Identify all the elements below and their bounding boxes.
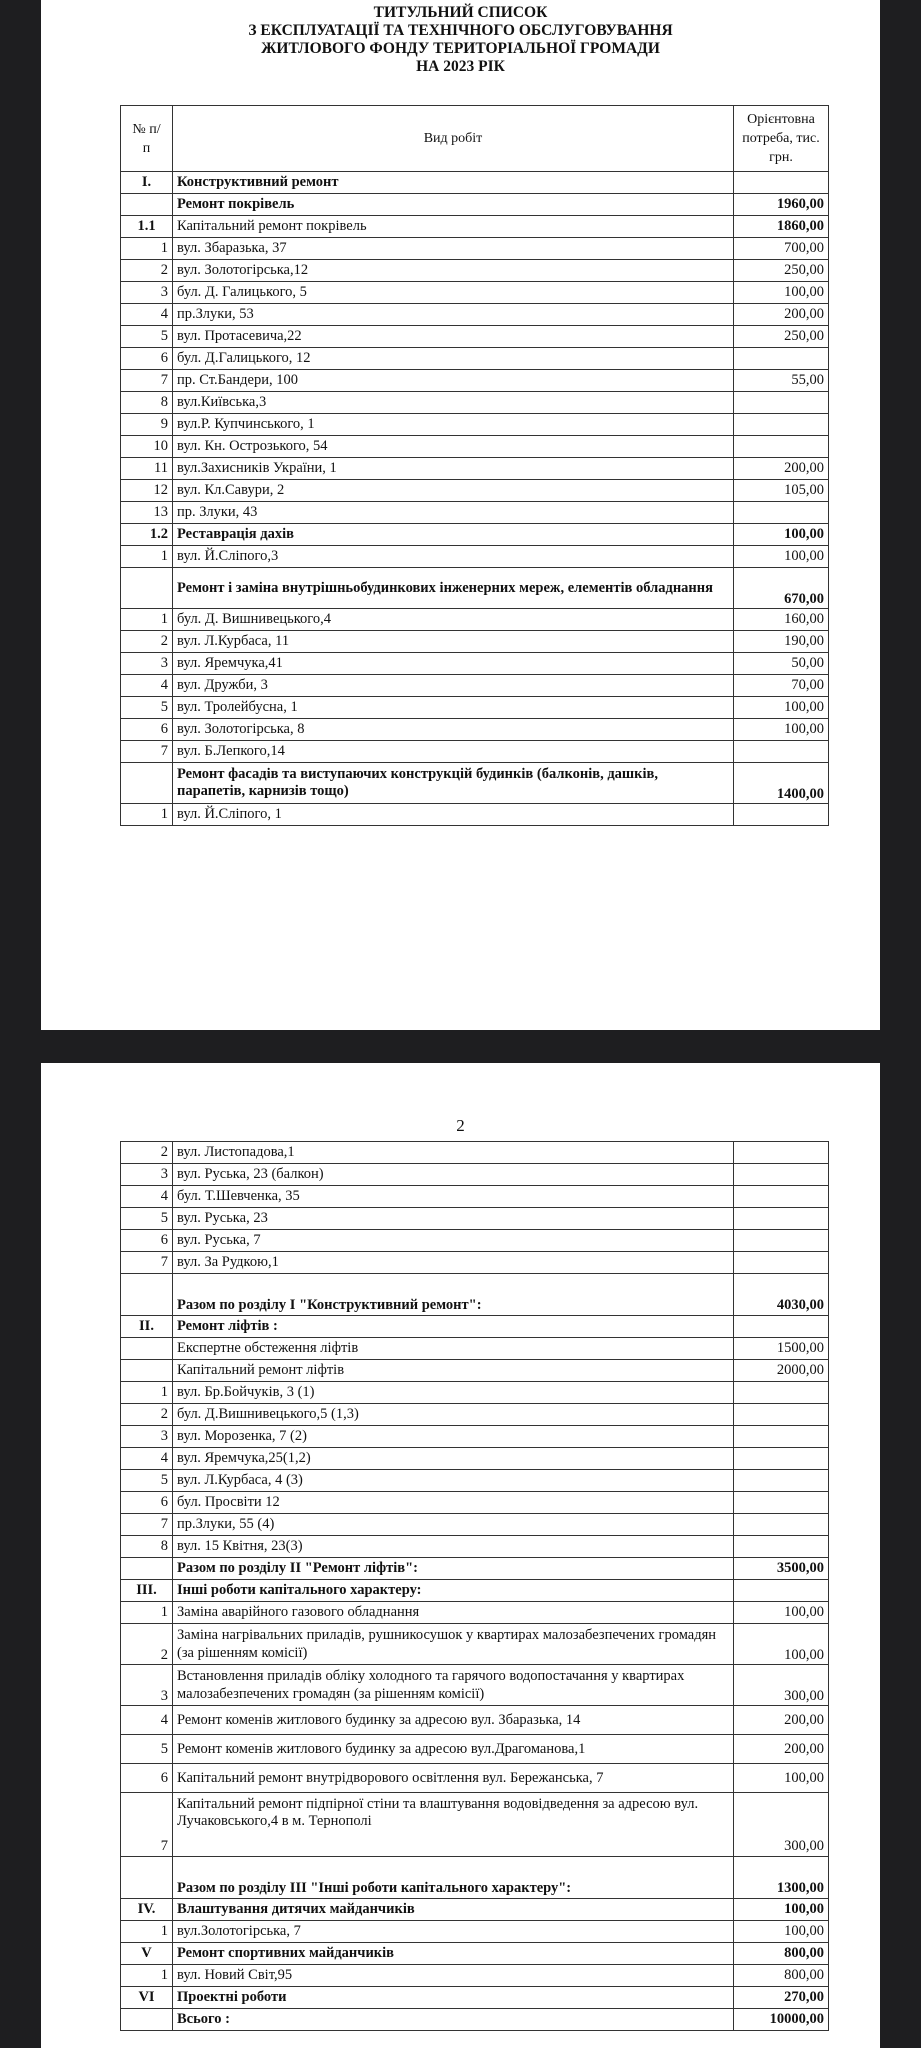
table-row: 9вул.Р. Купчинського, 1 [121, 414, 829, 436]
estimated-cost: 190,00 [734, 631, 829, 653]
work-description: Разом по розділу III "Інші роботи капіта… [173, 1857, 734, 1899]
row-number: 4 [121, 1706, 173, 1735]
table-row: 2бул. Д.Вишнивецького,5 (1,3) [121, 1404, 829, 1426]
estimated-cost [734, 741, 829, 763]
estimated-cost [734, 1208, 829, 1230]
work-description: Встановлення приладів обліку холодного т… [173, 1665, 734, 1706]
row-number: 5 [121, 697, 173, 719]
work-description: бул. Д.Вишнивецького,5 (1,3) [173, 1404, 734, 1426]
table-row: 2Заміна нагрівальних приладів, рушникосу… [121, 1624, 829, 1665]
estimated-cost: 50,00 [734, 653, 829, 675]
row-number: 5 [121, 1470, 173, 1492]
row-number [121, 763, 173, 804]
row-number: 3 [121, 653, 173, 675]
work-description: пр.Злуки, 55 (4) [173, 1514, 734, 1536]
row-number: 5 [121, 1735, 173, 1764]
estimated-cost: 250,00 [734, 326, 829, 348]
table-row: 8вул. 15 Квітня, 23(3) [121, 1536, 829, 1558]
table-row: 1вул.Золотогірська, 7100,00 [121, 1921, 829, 1943]
work-description: Разом по розділу II "Ремонт ліфтів": [173, 1558, 734, 1580]
work-description: вул. Й.Сліпого, 1 [173, 804, 734, 826]
table-row: 4бул. Т.Шевченка, 35 [121, 1186, 829, 1208]
row-number: 3 [121, 1665, 173, 1706]
row-number: 2 [121, 1142, 173, 1164]
table-row: Капітальний ремонт ліфтів2000,00 [121, 1360, 829, 1382]
table-row-section: III.Інші роботи капітального характеру: [121, 1580, 829, 1602]
work-description: Проектні роботи [173, 1987, 734, 2009]
work-description: Реставрація дахів [173, 524, 734, 546]
work-description: пр. Ст.Бандери, 100 [173, 370, 734, 392]
estimated-cost: 700,00 [734, 238, 829, 260]
work-description: вул. Й.Сліпого,3 [173, 546, 734, 568]
work-description: Ремонт спортивних майданчиків [173, 1943, 734, 1965]
estimated-cost [734, 1580, 829, 1602]
estimated-cost: 100,00 [734, 1602, 829, 1624]
table-row: 5Ремонт коменів житлового будинку за адр… [121, 1735, 829, 1764]
table-row: 1бул. Д. Вишнивецького,4160,00 [121, 609, 829, 631]
table-row: 6вул. Золотогірська, 8100,00 [121, 719, 829, 741]
estimated-cost: 250,00 [734, 260, 829, 282]
estimated-cost [734, 1492, 829, 1514]
work-description: вул.Київська,3 [173, 392, 734, 414]
table-row: 7вул. Б.Лепкого,14 [121, 741, 829, 763]
works-table-page-2: 2вул. Листопадова,13вул. Руська, 23 (бал… [120, 1141, 829, 2031]
work-description: Капітальний ремонт ліфтів [173, 1360, 734, 1382]
estimated-cost [734, 348, 829, 370]
row-number: 1.1 [121, 216, 173, 238]
row-number: I. [121, 172, 173, 194]
table-header-row: № п/п Вид робіт Орієнтовна потреба, тис.… [121, 106, 829, 172]
table-row: 6бул. Д.Галицького, 12 [121, 348, 829, 370]
row-number: IV. [121, 1899, 173, 1921]
work-description: Разом по розділу I "Конструктивний ремон… [173, 1274, 734, 1316]
row-number: 4 [121, 304, 173, 326]
work-description: Влаштування дитячих майданчиків [173, 1899, 734, 1921]
estimated-cost: 100,00 [734, 719, 829, 741]
table-row: 1Заміна аварійного газового обладнання10… [121, 1602, 829, 1624]
table-row: Експертне обстеження ліфтів1500,00 [121, 1338, 829, 1360]
table-row: 3вул. Руська, 23 (балкон) [121, 1164, 829, 1186]
row-number: 10 [121, 436, 173, 458]
estimated-cost: 1500,00 [734, 1338, 829, 1360]
table-row: 4вул. Яремчука,25(1,2) [121, 1448, 829, 1470]
table-row: 6вул. Руська, 7 [121, 1230, 829, 1252]
row-number: 13 [121, 502, 173, 524]
work-description: Ремонт і заміна внутрішньобудинкових інж… [173, 568, 734, 609]
work-description: Капітальний ремонт підпірної стіни та вл… [173, 1793, 734, 1857]
table-row: 1вул. Бр.Бойчуків, 3 (1) [121, 1382, 829, 1404]
work-description: вул. За Рудкою,1 [173, 1252, 734, 1274]
estimated-cost [734, 1230, 829, 1252]
table-row: 7вул. За Рудкою,1 [121, 1252, 829, 1274]
work-description: Капітальний ремонт внутрідворового освіт… [173, 1764, 734, 1793]
estimated-cost: 10000,00 [734, 2009, 829, 2031]
work-description: вул. Бр.Бойчуків, 3 (1) [173, 1382, 734, 1404]
table-row-section: I.Конструктивний ремонт [121, 172, 829, 194]
work-description: Ремонт фасадів та виступаючих конструкці… [173, 763, 734, 804]
row-number: 4 [121, 675, 173, 697]
document-page-1: ТИТУЛЬНИЙ СПИСОК З ЕКСПЛУАТАЦІЇ ТА ТЕХНІ… [41, 0, 880, 1030]
estimated-cost [734, 1142, 829, 1164]
table-row-bold: Разом по розділу II "Ремонт ліфтів":3500… [121, 1558, 829, 1580]
column-header-work: Вид робіт [173, 106, 734, 172]
estimated-cost [734, 172, 829, 194]
row-number: 3 [121, 1426, 173, 1448]
estimated-cost: 100,00 [734, 282, 829, 304]
work-description: Заміна нагрівальних приладів, рушникосуш… [173, 1624, 734, 1665]
row-number: 7 [121, 1514, 173, 1536]
estimated-cost: 4030,00 [734, 1274, 829, 1316]
estimated-cost: 200,00 [734, 1735, 829, 1764]
table-row-section-bold: IV.Влаштування дитячих майданчиків100,00 [121, 1899, 829, 1921]
table-row: 7пр. Ст.Бандери, 10055,00 [121, 370, 829, 392]
row-number: 6 [121, 719, 173, 741]
row-number: 6 [121, 1492, 173, 1514]
title-line: ЖИТЛОВОГО ФОНДУ ТЕРИТОРІАЛЬНОЇ ГРОМАДИ [41, 40, 880, 58]
work-description: бул. Д. Галицького, 5 [173, 282, 734, 304]
work-description: вул. Морозенка, 7 (2) [173, 1426, 734, 1448]
row-number: 2 [121, 1624, 173, 1665]
estimated-cost [734, 436, 829, 458]
document-title: ТИТУЛЬНИЙ СПИСОК З ЕКСПЛУАТАЦІЇ ТА ТЕХНІ… [41, 4, 880, 76]
table-row: 4пр.Злуки, 53200,00 [121, 304, 829, 326]
work-description: Заміна аварійного газового обладнання [173, 1602, 734, 1624]
work-description: вул. Руська, 23 (балкон) [173, 1164, 734, 1186]
work-description: вул. Б.Лепкого,14 [173, 741, 734, 763]
table-row: 5вул. Руська, 23 [121, 1208, 829, 1230]
row-number: 7 [121, 1252, 173, 1274]
row-number: 1 [121, 1921, 173, 1943]
row-number: 1 [121, 804, 173, 826]
table-row: 5вул. Л.Курбаса, 4 (3) [121, 1470, 829, 1492]
row-number: 1 [121, 1965, 173, 1987]
row-number: 5 [121, 1208, 173, 1230]
table-row: 12вул. Кл.Савури, 2105,00 [121, 480, 829, 502]
work-description: Ремонт покрівель [173, 194, 734, 216]
title-line: НА 2023 РІК [41, 58, 880, 76]
work-description: бул. Д.Галицького, 12 [173, 348, 734, 370]
title-line: ТИТУЛЬНИЙ СПИСОК [41, 4, 880, 22]
estimated-cost: 800,00 [734, 1965, 829, 1987]
row-number: 3 [121, 282, 173, 304]
table-row: 3Встановлення приладів обліку холодного … [121, 1665, 829, 1706]
estimated-cost: 270,00 [734, 1987, 829, 2009]
estimated-cost: 100,00 [734, 546, 829, 568]
table-row: 5вул. Тролейбусна, 1100,00 [121, 697, 829, 719]
table-row: 1вул. Й.Сліпого, 1 [121, 804, 829, 826]
work-description: вул. Л.Курбаса, 4 (3) [173, 1470, 734, 1492]
row-number: 12 [121, 480, 173, 502]
estimated-cost [734, 1426, 829, 1448]
row-number: 1 [121, 238, 173, 260]
column-header-num: № п/п [121, 106, 173, 172]
table-row: 4вул. Дружби, 370,00 [121, 675, 829, 697]
table-row-bold: 1.2Реставрація дахів100,00 [121, 524, 829, 546]
table-row: 3вул. Яремчука,4150,00 [121, 653, 829, 675]
estimated-cost: 100,00 [734, 1921, 829, 1943]
row-number [121, 194, 173, 216]
row-number: 3 [121, 1164, 173, 1186]
table-row-bold: Разом по розділу III "Інші роботи капіта… [121, 1857, 829, 1899]
work-description: вул. Протасевича,22 [173, 326, 734, 348]
row-number: 7 [121, 1793, 173, 1857]
table-row: 1вул. Новий Світ,95800,00 [121, 1965, 829, 1987]
row-number: III. [121, 1580, 173, 1602]
row-number: V [121, 1943, 173, 1965]
work-description: пр. Злуки, 43 [173, 502, 734, 524]
table-row-bold: Всього :10000,00 [121, 2009, 829, 2031]
estimated-cost: 105,00 [734, 480, 829, 502]
estimated-cost: 1960,00 [734, 194, 829, 216]
table-row-section: II.Ремонт ліфтів : [121, 1316, 829, 1338]
row-number [121, 1360, 173, 1382]
row-number [121, 2009, 173, 2031]
estimated-cost: 200,00 [734, 1706, 829, 1735]
table-row-bold: Ремонт покрівель1960,00 [121, 194, 829, 216]
estimated-cost [734, 502, 829, 524]
row-number: 2 [121, 1404, 173, 1426]
estimated-cost [734, 1470, 829, 1492]
estimated-cost: 100,00 [734, 697, 829, 719]
table-row: 6Капітальний ремонт внутрідворового осві… [121, 1764, 829, 1793]
estimated-cost [734, 1382, 829, 1404]
title-line: З ЕКСПЛУАТАЦІЇ ТА ТЕХНІЧНОГО ОБСЛУГОВУВА… [41, 22, 880, 40]
estimated-cost [734, 1514, 829, 1536]
work-description: вул. Золотогірська, 8 [173, 719, 734, 741]
estimated-cost: 100,00 [734, 1624, 829, 1665]
estimated-cost: 670,00 [734, 568, 829, 609]
row-number: 11 [121, 458, 173, 480]
work-description: Експертне обстеження ліфтів [173, 1338, 734, 1360]
estimated-cost: 200,00 [734, 304, 829, 326]
row-number: 8 [121, 1536, 173, 1558]
work-description: бул. Д. Вишнивецького,4 [173, 609, 734, 631]
table-row: 5вул. Протасевича,22250,00 [121, 326, 829, 348]
estimated-cost [734, 804, 829, 826]
estimated-cost [734, 1252, 829, 1274]
table-row: 2вул. Золотогірська,12250,00 [121, 260, 829, 282]
row-number: 2 [121, 631, 173, 653]
table-row: 1вул. Й.Сліпого,3100,00 [121, 546, 829, 568]
table-row-section-bold: VРемонт спортивних майданчиків800,00 [121, 1943, 829, 1965]
row-number: 4 [121, 1448, 173, 1470]
table-row: 13пр. Злуки, 43 [121, 502, 829, 524]
row-number: 6 [121, 348, 173, 370]
table-row-section-bold: VIПроектні роботи270,00 [121, 1987, 829, 2009]
work-description: вул. Кн. Острозького, 54 [173, 436, 734, 458]
table-row: 4Ремонт коменів житлового будинку за адр… [121, 1706, 829, 1735]
row-number [121, 1338, 173, 1360]
row-number: VI [121, 1987, 173, 2009]
estimated-cost: 3500,00 [734, 1558, 829, 1580]
estimated-cost: 1300,00 [734, 1857, 829, 1899]
estimated-cost: 300,00 [734, 1793, 829, 1857]
work-description: вул. Кл.Савури, 2 [173, 480, 734, 502]
work-description: вул. Золотогірська,12 [173, 260, 734, 282]
work-description: Ремонт ліфтів : [173, 1316, 734, 1338]
work-description: вул.Р. Купчинського, 1 [173, 414, 734, 436]
work-description: Інші роботи капітального характеру: [173, 1580, 734, 1602]
table-row-bold: Ремонт і заміна внутрішньобудинкових інж… [121, 568, 829, 609]
estimated-cost: 1860,00 [734, 216, 829, 238]
table-row: 3вул. Морозенка, 7 (2) [121, 1426, 829, 1448]
row-number [121, 1274, 173, 1316]
table-row: 11вул.Захисників України, 1200,00 [121, 458, 829, 480]
table-row: 1вул. Збаразька, 37700,00 [121, 238, 829, 260]
estimated-cost [734, 392, 829, 414]
estimated-cost [734, 1536, 829, 1558]
row-number: 1 [121, 1602, 173, 1624]
work-description: Капітальний ремонт покрівель [173, 216, 734, 238]
work-description: вул.Золотогірська, 7 [173, 1921, 734, 1943]
row-number: 8 [121, 392, 173, 414]
work-description: бул. Просвіти 12 [173, 1492, 734, 1514]
row-number: 6 [121, 1230, 173, 1252]
row-number [121, 568, 173, 609]
estimated-cost: 1400,00 [734, 763, 829, 804]
estimated-cost [734, 414, 829, 436]
row-number: 7 [121, 741, 173, 763]
estimated-cost [734, 1164, 829, 1186]
table-row: 7пр.Злуки, 55 (4) [121, 1514, 829, 1536]
row-number: 4 [121, 1186, 173, 1208]
work-description: вул. Тролейбусна, 1 [173, 697, 734, 719]
estimated-cost: 55,00 [734, 370, 829, 392]
work-description: Всього : [173, 2009, 734, 2031]
row-number: 7 [121, 370, 173, 392]
work-description: вул. Яремчука,41 [173, 653, 734, 675]
work-description: Конструктивний ремонт [173, 172, 734, 194]
estimated-cost [734, 1186, 829, 1208]
estimated-cost: 2000,00 [734, 1360, 829, 1382]
estimated-cost: 300,00 [734, 1665, 829, 1706]
row-number: 2 [121, 260, 173, 282]
table-row-bold: Ремонт фасадів та виступаючих конструкці… [121, 763, 829, 804]
work-description: Ремонт коменів житлового будинку за адре… [173, 1706, 734, 1735]
work-description: вул. Збаразька, 37 [173, 238, 734, 260]
table-row: 2вул. Листопадова,1 [121, 1142, 829, 1164]
row-number [121, 1558, 173, 1580]
table-row-bold: Разом по розділу I "Конструктивний ремон… [121, 1274, 829, 1316]
estimated-cost: 160,00 [734, 609, 829, 631]
table-row: 10вул. Кн. Острозького, 54 [121, 436, 829, 458]
row-number: 1.2 [121, 524, 173, 546]
table-row: 8вул.Київська,3 [121, 392, 829, 414]
estimated-cost: 70,00 [734, 675, 829, 697]
work-description: вул. Руська, 7 [173, 1230, 734, 1252]
table-row: 7Капітальний ремонт підпірної стіни та в… [121, 1793, 829, 1857]
estimated-cost [734, 1316, 829, 1338]
work-description: Ремонт коменів житлового будинку за адре… [173, 1735, 734, 1764]
row-number: 1 [121, 609, 173, 631]
estimated-cost: 100,00 [734, 524, 829, 546]
estimated-cost [734, 1404, 829, 1426]
work-description: вул. Новий Світ,95 [173, 1965, 734, 1987]
table-row-subsection: 1.1Капітальний ремонт покрівель1860,00 [121, 216, 829, 238]
row-number: 1 [121, 546, 173, 568]
work-description: вул.Захисників України, 1 [173, 458, 734, 480]
estimated-cost: 100,00 [734, 1764, 829, 1793]
estimated-cost: 800,00 [734, 1943, 829, 1965]
row-number: 1 [121, 1382, 173, 1404]
page-number: 2 [41, 1116, 880, 1136]
work-description: вул. Яремчука,25(1,2) [173, 1448, 734, 1470]
works-table-page-1: № п/п Вид робіт Орієнтовна потреба, тис.… [120, 105, 829, 826]
row-number: 6 [121, 1764, 173, 1793]
work-description: вул. Л.Курбаса, 11 [173, 631, 734, 653]
document-page-2: 2 2вул. Листопадова,13вул. Руська, 23 (б… [41, 1063, 880, 2048]
row-number: 5 [121, 326, 173, 348]
work-description: вул. 15 Квітня, 23(3) [173, 1536, 734, 1558]
estimated-cost [734, 1448, 829, 1470]
column-header-value: Орієнтовна потреба, тис. грн. [734, 106, 829, 172]
table-row: 2вул. Л.Курбаса, 11190,00 [121, 631, 829, 653]
work-description: вул. Дружби, 3 [173, 675, 734, 697]
row-number: II. [121, 1316, 173, 1338]
table-row: 3бул. Д. Галицького, 5100,00 [121, 282, 829, 304]
work-description: вул. Листопадова,1 [173, 1142, 734, 1164]
estimated-cost: 100,00 [734, 1899, 829, 1921]
row-number: 9 [121, 414, 173, 436]
work-description: бул. Т.Шевченка, 35 [173, 1186, 734, 1208]
estimated-cost: 200,00 [734, 458, 829, 480]
table-row: 6бул. Просвіти 12 [121, 1492, 829, 1514]
work-description: вул. Руська, 23 [173, 1208, 734, 1230]
work-description: пр.Злуки, 53 [173, 304, 734, 326]
row-number [121, 1857, 173, 1899]
